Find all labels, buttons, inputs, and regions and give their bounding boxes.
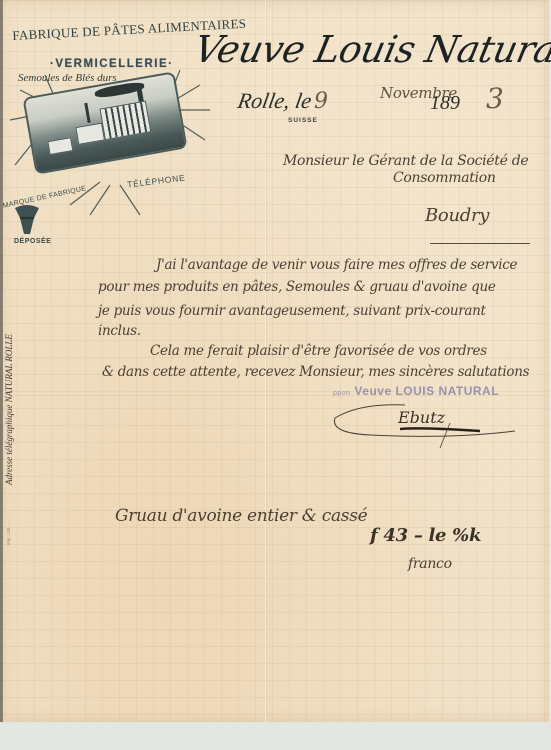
body-line-3: je puis vous fournir avantageusement, su… xyxy=(98,303,486,319)
body-line-6: & dans cette attente, recevez Monsieur, … xyxy=(102,364,529,380)
note-price: f 43 – le %k xyxy=(370,525,481,546)
recipient-line-1: Monsieur le Gérant de la Société de xyxy=(283,153,528,169)
telegraph-address: Adresse télégraphique NATURAL ROLLE xyxy=(4,334,14,485)
place-label: Rolle, le xyxy=(236,88,314,114)
recipient-line-3: Boudry xyxy=(425,205,489,226)
recipient-underline xyxy=(430,243,530,244)
letterhead-deposee: DÉPOSÉE xyxy=(14,238,51,245)
signature-text: Ebutz xyxy=(397,408,446,427)
company-name: Veuve Louis Natural xyxy=(190,28,551,71)
body-line-1: J'ai l'avantage de venir vous faire mes … xyxy=(156,257,517,273)
body-line-4: inclus. xyxy=(98,323,141,339)
note-franco: franco xyxy=(408,556,452,572)
year-prefix: 189 xyxy=(430,92,460,115)
body-line-5: Cela me ferait plaisir d'être favorisée … xyxy=(150,343,487,359)
date-day: 9 xyxy=(314,89,328,114)
date-year-suffix: 3 xyxy=(486,82,504,115)
printer-mark: Imp. Lith. ... xyxy=(6,521,11,545)
body-line-2: pour mes produits en pâtes, Semoules & g… xyxy=(98,279,496,295)
wheat-sheaf-icon xyxy=(12,204,42,236)
letterhead-vermicellerie: ·VERMICELLERIE· xyxy=(50,58,173,70)
country-label: SUISSE xyxy=(288,117,318,124)
recipient-line-2: Consommation xyxy=(393,170,496,186)
signature-flourish-icon: Ebutz xyxy=(330,393,520,448)
note-line-1: Gruau d'avoine entier & cassé xyxy=(115,506,367,526)
